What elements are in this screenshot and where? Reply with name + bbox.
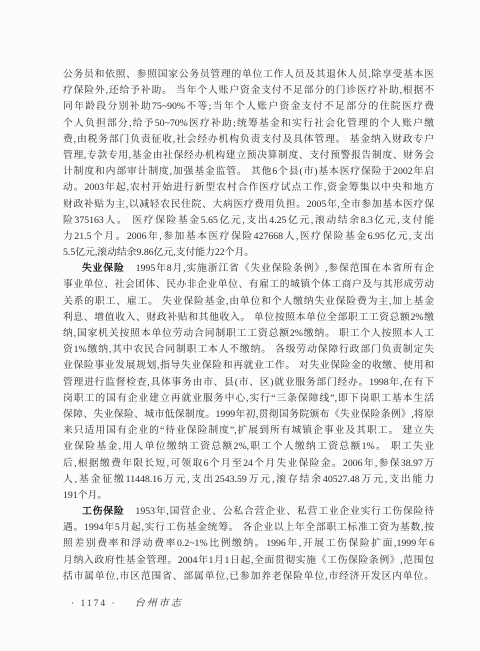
- section-heading-line: 工伤保险1953年,国营企业、公私合营企业、私营工业企业实行工伤保险待: [63, 504, 434, 520]
- text-line: 后,根据缴费年限长短,可领取6个月至24个月失业保险金。2006年,参保38.9…: [63, 456, 434, 472]
- text-block: 公务员和依照、参照国家公务员管理的单位工作人员及其退休人员,除享受基本医 疗保险…: [63, 67, 434, 585]
- text-line: 管理进行监督检查,具体事务由市、县(市、区)就业服务部门经办。1998年,在有下: [63, 375, 434, 391]
- text-line: 照差别费率和浮动费率0.2~1%比例缴纳。1996年,开展工伤保险扩面,1999…: [63, 536, 434, 552]
- text-line: 月纳入政府性基金管理。2004年1月1日起,全面贯彻实施《工伤保险条例》,范围包: [63, 553, 434, 569]
- text-line: 1995年8月,实施浙江省《失业保险条例》,参保范围在本省所有企: [136, 263, 434, 274]
- paragraph-work-injury-insurance: 工伤保险1953年,国营企业、公私合营企业、私营工业企业实行工伤保险待 遇。19…: [63, 504, 434, 585]
- text-line: 险375163人。 医疗保险基金5.65亿元,支出4.25亿元,滚动结余8.3亿…: [63, 213, 434, 229]
- text-line: 疗保险外,还给予补助。 当年个人账户资金支付不足部分的门诊医疗补助,根据不: [63, 83, 434, 99]
- text-line: 纳,国家机关按照本单位劳动合同制职工工资总额2%缴纳。 职工个人按照本人工: [63, 326, 434, 342]
- text-line: 管理,专款专用,基金由社保经办机构建立预决算制度、支付预警报告制度、财务会: [63, 148, 434, 164]
- page-number: · 1174 ·: [71, 599, 117, 609]
- text-line: 资1%缴纳,其中农民合同制职工本人不缴纳。 各级劳动保障行政部门负责制定失: [63, 342, 434, 358]
- text-line: 动。2003年起,农村开始进行新型农村合作医疗试点工作,资金筹集以中央和地方: [63, 180, 434, 196]
- text-line: 事业单位、社会团体、民办非企业单位、有雇工的城镇个体工商户及与其形成劳动: [63, 277, 434, 293]
- book-title: 台州市志: [135, 594, 183, 609]
- text-line: 费,由税务部门负责征收,社会经办机构负责支付及具体管理。 基金纳入财政专户: [63, 132, 434, 148]
- text-line: 利息、增值收入、财政补贴和其他收入。 单位按照本单位全部职工工资总额2%缴: [63, 310, 434, 326]
- text-line: 保障、失业保险、城市低保制度。1999年初,贯彻国务院颁布《失业保险条例》,将原: [63, 407, 434, 423]
- text-line: 191个月。: [63, 488, 434, 504]
- text-line: 业保险基金,用人单位缴纳工资总额2%,职工个人缴纳工资总额1%。 职工失业: [63, 439, 434, 455]
- section-heading-line: 失业保险1995年8月,实施浙江省《失业保险条例》,参保范围在本省所有企: [63, 261, 434, 277]
- text-line: 力21.5个月。2006年,参加基本医疗保险427668人,医疗保险基金6.95…: [63, 229, 434, 245]
- text-line: 人,基金征缴11448.16万元,支出2543.59万元,滚存结余40527.4…: [63, 472, 434, 488]
- text-line: 遇。1994年5月起,实行工伤基金统筹。 各企业以上年全部职工标准工资为基数,按: [63, 520, 434, 536]
- text-line: 业保险事业发展规划,指导失业保险和再就业工作。 对失业保险金的收缴、使用和: [63, 358, 434, 374]
- paragraph-unemployment-insurance: 失业保险1995年8月,实施浙江省《失业保险条例》,参保范围在本省所有企 事业单…: [63, 261, 434, 504]
- text-line: 同年龄段分别补助75~90%不等;当年个人账户资金支付不足部分的住院医疗费: [63, 99, 434, 115]
- text-line: 岗职工的国有企业建立再就业服务中心,实行“三条保障线”,即下岗职工基本生活: [63, 391, 434, 407]
- text-line: 5.5亿元,滚动结余9.86亿元,支付能力22个月。: [63, 245, 434, 261]
- section-heading-work-injury: 工伤保险: [82, 506, 124, 517]
- text-line: 个人负担部分,给予50~70%医疗补助;统筹基金和实行社会化管理的个人账户缴: [63, 116, 434, 132]
- text-line: 括市属单位,市区范围省、部属单位,已参加养老保险单位,市经济开发区内单位。: [63, 569, 434, 585]
- document-page: 公务员和依照、参照国家公务员管理的单位工作人员及其退休人员,除享受基本医 疗保险…: [0, 0, 480, 651]
- text-line: 计制度和内部审计制度,加强基金监管。 其他6个县(市)基本医疗保险于2002年启: [63, 164, 434, 180]
- text-line: 来只适用国有企业的“待业保险制度”,扩展到所有城镇企事业及其职工。 建立失: [63, 423, 434, 439]
- page-footer: · 1174 · 台州市志: [71, 594, 183, 609]
- text-line: 公务员和依照、参照国家公务员管理的单位工作人员及其退休人员,除享受基本医: [63, 67, 434, 83]
- section-heading-unemployment: 失业保险: [82, 263, 125, 274]
- text-line: 财政补贴为主,以减轻农民住院、大病医疗费用负担。2005年,全市参加基本医疗保: [63, 197, 434, 213]
- text-line: 1953年,国营企业、公私合营企业、私营工业企业实行工伤保险待: [135, 506, 434, 517]
- paragraph-medical-insurance: 公务员和依照、参照国家公务员管理的单位工作人员及其退休人员,除享受基本医 疗保险…: [63, 67, 434, 261]
- text-line: 关系的职工、雇工。 失业保险基金,由单位和个人缴纳失业保险费为主,加上基金: [63, 294, 434, 310]
